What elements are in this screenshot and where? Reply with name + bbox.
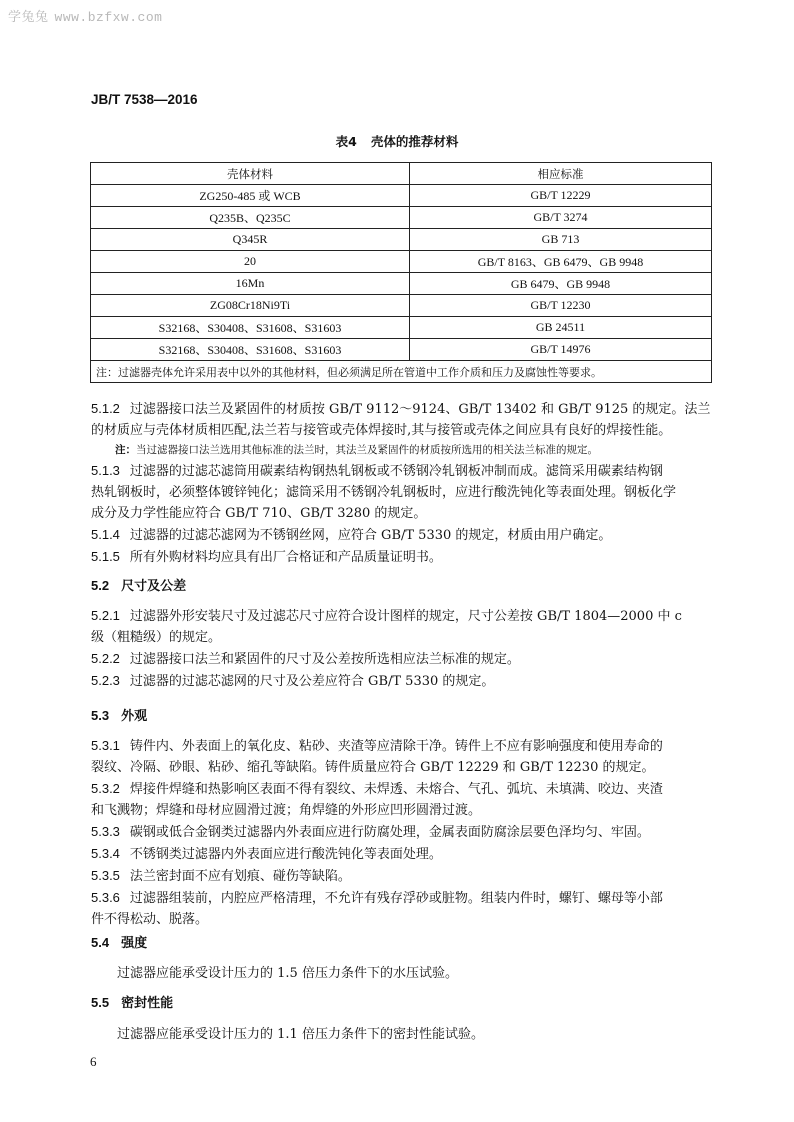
standard-number-header: JB/T 7538—2016 <box>91 92 198 107</box>
material-cell: ZG08Cr18Ni9Ti <box>91 295 410 317</box>
table-title: 表4壳体的推荐材料 <box>0 132 794 150</box>
table-caption: 壳体的推荐材料 <box>371 134 459 149</box>
table-row: Q235B、Q235C GB/T 3274 <box>91 207 712 229</box>
material-cell: 16Mn <box>91 273 410 295</box>
page-number: 6 <box>90 1054 97 1070</box>
standard-cell: GB/T 12230 <box>410 295 712 317</box>
table-row: 16Mn GB 6479、GB 9948 <box>91 273 712 295</box>
material-cell: ZG250-485 或 WCB <box>91 185 410 207</box>
table-note: 注：过滤器壳体允许采用表中以外的其他材料，但必须满足所在管道中工作介质和压力及腐… <box>91 361 712 383</box>
section-5-2-heading: 5.2尺寸及公差 <box>91 575 186 594</box>
standard-cell: GB/T 8163、GB 6479、GB 9948 <box>410 251 712 273</box>
material-cell: S32168、S30408、S31608、S31603 <box>91 339 410 361</box>
clause-text: 过滤器的过滤芯滤筒用碳素结构钢热轧钢板或不锈钢冷轧钢板冲制而成。滤筒采用碳素结构… <box>130 464 663 479</box>
note-text: 当过滤器接口法兰选用其他标准的法兰时，其法兰及紧固件的材质按所选用的相关法兰标准… <box>136 444 598 456</box>
clause-text: 法兰密封面不应有划痕、碰伤等缺陷。 <box>130 869 351 884</box>
table-row: S32168、S30408、S31608、S31603 GB/T 14976 <box>91 339 712 361</box>
material-cell: S32168、S30408、S31608、S31603 <box>91 317 410 339</box>
clause-text: 不锈钢类过滤器内外表面应进行酸洗钝化等表面处理。 <box>130 847 442 862</box>
section-5-3-clauses: 5.3.1铸件内、外表面上的氧化皮、粘砂、夹渣等应清除干净。铸件上不应有影响强度… <box>91 735 713 930</box>
clause-text: 铸件内、外表面上的氧化皮、粘砂、夹渣等应清除干净。铸件上不应有影响强度和使用寿命… <box>130 739 663 754</box>
clause-5-1-3: 5.1.3过滤器的过滤芯滤筒用碳素结构钢热轧钢板或不锈钢冷轧钢板冲制而成。滤筒采… <box>91 460 713 568</box>
table-number: 表4 <box>336 134 357 149</box>
table-row: 20 GB/T 8163、GB 6479、GB 9948 <box>91 251 712 273</box>
column-header-standard: 相应标准 <box>410 163 712 185</box>
clause-text-continued: 成分及力学性能应符合 GB/T 710、GB/T 3280 的规定。 <box>91 503 713 524</box>
standard-cell: GB/T 12229 <box>410 185 712 207</box>
clause-text-continued: 级（粗糙级）的规定。 <box>91 627 713 648</box>
section-title: 强度 <box>121 936 147 951</box>
clause-5-1-2-note: 注：当过滤器接口法兰选用其他标准的法兰时，其法兰及紧固件的材质按所选用的相关法兰… <box>115 442 715 457</box>
standard-cell: GB 24511 <box>410 317 712 339</box>
section-number: 5.2 <box>91 578 109 593</box>
clause-5-1-2: 5.1.2过滤器接口法兰及紧固件的材质按 GB/T 9112～9124、GB/T… <box>91 398 713 441</box>
table-row: S32168、S30408、S31608、S31603 GB 24511 <box>91 317 712 339</box>
clause-number: 5.3.5 <box>91 868 120 883</box>
clause-number: 5.3.2 <box>91 781 120 796</box>
clause-text-continued: 的材质应与壳体材质相匹配,法兰若与接管或壳体焊接时,其与接管或壳体之间应具有良好… <box>91 420 713 441</box>
table-row: ZG08Cr18Ni9Ti GB/T 12230 <box>91 295 712 317</box>
clause-text: 过滤器外形安装尺寸及过滤芯尺寸应符合设计图样的规定，尺寸公差按 GB/T 180… <box>130 609 682 624</box>
clause-number: 5.3.1 <box>91 738 120 753</box>
section-number: 5.3 <box>91 708 109 723</box>
table-row: ZG250-485 或 WCB GB/T 12229 <box>91 185 712 207</box>
section-5-4-heading: 5.4强度 <box>91 932 147 951</box>
clause-text-continued: 和飞溅物；焊缝和母材应圆滑过渡；角焊缝的外形应凹形圆滑过渡。 <box>91 800 713 821</box>
table-note-row: 注：过滤器壳体允许采用表中以外的其他材料，但必须满足所在管道中工作介质和压力及腐… <box>91 361 712 383</box>
section-5-4-body: 过滤器应能承受设计压力的 1.5 倍压力条件下的水压试验。 <box>117 962 458 981</box>
standard-cell: GB 6479、GB 9948 <box>410 273 712 295</box>
table-header-row: 壳体材料 相应标准 <box>91 163 712 185</box>
section-5-5-body: 过滤器应能承受设计压力的 1.1 倍压力条件下的密封性能试验。 <box>117 1023 484 1042</box>
clause-text: 过滤器的过滤芯滤网为不锈钢丝网，应符合 GB/T 5330 的规定，材质由用户确… <box>130 528 611 543</box>
clause-number: 5.1.3 <box>91 463 120 478</box>
materials-table: 壳体材料 相应标准 ZG250-485 或 WCB GB/T 12229 Q23… <box>90 162 712 383</box>
section-title: 尺寸及公差 <box>121 579 186 594</box>
clause-number: 5.2.3 <box>91 673 120 688</box>
clause-number: 5.2.2 <box>91 651 120 666</box>
material-cell: Q345R <box>91 229 410 251</box>
material-cell: Q235B、Q235C <box>91 207 410 229</box>
section-title: 密封性能 <box>121 996 173 1011</box>
clause-text: 过滤器接口法兰和紧固件的尺寸及公差按所选相应法兰标准的规定。 <box>130 652 520 667</box>
clause-text: 所有外购材料均应具有出厂合格证和产品质量证明书。 <box>130 550 442 565</box>
clause-number: 5.3.6 <box>91 890 120 905</box>
standard-cell: GB/T 3274 <box>410 207 712 229</box>
section-5-5-heading: 5.5密封性能 <box>91 992 173 1011</box>
watermark: 学兔兔www.bzfxw.com <box>8 6 162 25</box>
section-title: 外观 <box>121 709 147 724</box>
section-number: 5.5 <box>91 995 109 1010</box>
clause-number: 5.1.4 <box>91 527 120 542</box>
clause-text: 焊接件焊缝和热影响区表面不得有裂纹、未焊透、未熔合、气孔、弧坑、未填满、咬边、夹… <box>130 782 663 797</box>
table-row: Q345R GB 713 <box>91 229 712 251</box>
clause-text-continued: 件不得松动、脱落。 <box>91 909 713 930</box>
clause-text-continued: 热轧钢板时，必须整体镀锌钝化；滤筒采用不锈钢冷轧钢板时，应进行酸洗钝化等表面处理… <box>91 482 713 503</box>
section-5-3-heading: 5.3外观 <box>91 705 147 724</box>
note-label: 注： <box>115 444 136 456</box>
standard-cell: GB/T 14976 <box>410 339 712 361</box>
section-number: 5.4 <box>91 935 109 950</box>
clause-number: 5.2.1 <box>91 608 120 623</box>
clause-number: 5.3.3 <box>91 824 120 839</box>
standard-cell: GB 713 <box>410 229 712 251</box>
clause-number: 5.1.2 <box>91 401 120 416</box>
clause-number: 5.1.5 <box>91 549 120 564</box>
material-cell: 20 <box>91 251 410 273</box>
clause-text: 过滤器组装前，内腔应严格清理，不允许有残存浮砂或脏物。组装内件时，螺钉、螺母等小… <box>130 891 663 906</box>
section-5-2-clauses: 5.2.1过滤器外形安装尺寸及过滤芯尺寸应符合设计图样的规定，尺寸公差按 GB/… <box>91 605 713 692</box>
watermark-site-name: 学兔兔 <box>8 10 49 25</box>
watermark-url: www.bzfxw.com <box>55 10 163 25</box>
clause-text: 过滤器接口法兰及紧固件的材质按 GB/T 9112～9124、GB/T 1340… <box>130 402 711 417</box>
column-header-material: 壳体材料 <box>91 163 410 185</box>
clause-number: 5.3.4 <box>91 846 120 861</box>
clause-text: 碳钢或低合金钢类过滤器内外表面应进行防腐处理，金属表面防腐涂层要色泽均匀、牢固。 <box>130 825 650 840</box>
clause-text-continued: 裂纹、冷隔、砂眼、粘砂、缩孔等缺陷。铸件质量应符合 GB/T 12229 和 G… <box>91 757 713 778</box>
clause-text: 过滤器的过滤芯滤网的尺寸及公差应符合 GB/T 5330 的规定。 <box>130 674 494 689</box>
